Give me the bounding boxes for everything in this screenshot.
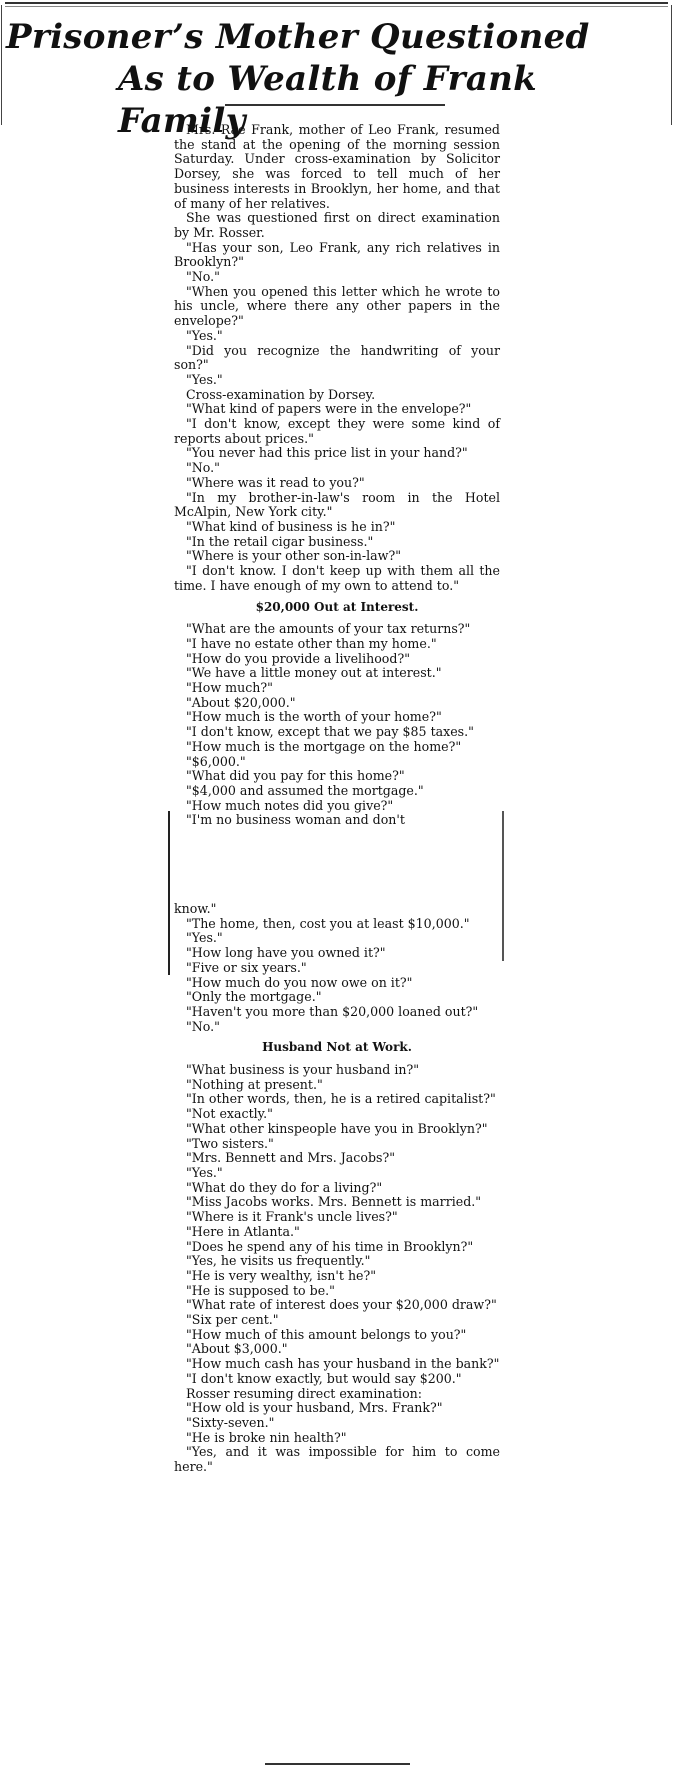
paragraph: "How do you provide a livelihood?"	[174, 652, 500, 667]
article-section-4: "What business is your husband in?""Noth…	[174, 1063, 500, 1475]
paragraph: "Where is your other son-in-law?"	[174, 549, 500, 564]
paragraph: "Miss Jacobs works. Mrs. Bennett is marr…	[174, 1195, 500, 1210]
paragraph: "No."	[174, 270, 500, 285]
paragraph: Cross-examination by Dorsey.	[174, 388, 500, 403]
paste-up-bracket-right	[502, 811, 504, 961]
paragraph: "In the retail cigar business."	[174, 535, 500, 550]
paragraph: "Mrs. Bennett and Mrs. Jacobs?"	[174, 1151, 500, 1166]
headline-divider	[225, 104, 445, 106]
article-section-2: "What are the amounts of your tax return…	[174, 622, 500, 828]
paragraph: "How much notes did you give?"	[174, 799, 500, 814]
paragraph: "What other kinspeople have you in Brook…	[174, 1122, 500, 1137]
paragraph: "Sixty-seven."	[174, 1416, 500, 1431]
paragraph: "What business is your husband in?"	[174, 1063, 500, 1078]
paragraph: "You never had this price list in your h…	[174, 446, 500, 461]
paragraph: "Has your son, Leo Frank, any rich relat…	[174, 241, 500, 270]
paste-up-bracket-left	[168, 811, 170, 975]
paragraph: "How much do you now owe on it?"	[174, 976, 500, 991]
paragraph: "$4,000 and assumed the mortgage."	[174, 784, 500, 799]
paragraph: "Where is it Frank's uncle lives?"	[174, 1210, 500, 1225]
paragraph: "I have no estate other than my home."	[174, 637, 500, 652]
paragraph: "Did you recognize the handwriting of yo…	[174, 344, 500, 373]
paragraph: "Yes."	[174, 373, 500, 388]
paragraph: "In my brother-in-law's room in the Hote…	[174, 491, 500, 520]
paragraph: "Six per cent."	[174, 1313, 500, 1328]
paragraph: "What do they do for a living?"	[174, 1181, 500, 1196]
article-section-3: know.""The home, then, cost you at least…	[174, 902, 500, 1034]
paragraph: "No."	[174, 1020, 500, 1035]
paragraph: "Yes, and it was impossible for him to c…	[174, 1445, 500, 1474]
paragraph: "In other words, then, he is a retired c…	[174, 1092, 500, 1107]
paragraph: "How much is the worth of your home?"	[174, 710, 500, 725]
paragraph: "How much cash has your husband in the b…	[174, 1357, 500, 1372]
paragraph: "Yes."	[174, 329, 500, 344]
paragraph: "The home, then, cost you at least $10,0…	[174, 917, 500, 932]
paragraph: "When you opened this letter which he wr…	[174, 285, 500, 329]
right-column-rule	[671, 5, 672, 125]
paragraph: "Two sisters."	[174, 1137, 500, 1152]
paragraph: "I don't know. I don't keep up with them…	[174, 564, 500, 593]
left-column-rule	[1, 5, 2, 125]
paragraph: "How much?"	[174, 681, 500, 696]
paragraph: "We have a little money out at interest.…	[174, 666, 500, 681]
paragraph: She was questioned first on direct exami…	[174, 211, 500, 240]
paragraph: "I'm no business woman and don't	[174, 813, 500, 828]
top-border-rule-thin	[5, 6, 668, 7]
paragraph: "Yes."	[174, 1166, 500, 1181]
paragraph: "Does he spend any of his time in Brookl…	[174, 1240, 500, 1255]
paragraph: "$6,000."	[174, 755, 500, 770]
column-gap	[174, 828, 500, 902]
paragraph: know."	[174, 902, 500, 917]
paragraph: "I don't know, except that we pay $85 ta…	[174, 725, 500, 740]
paragraph: "Not exactly."	[174, 1107, 500, 1122]
subheading-husband: Husband Not at Work.	[174, 1040, 500, 1055]
paragraph: "About $3,000."	[174, 1342, 500, 1357]
paragraph: "He is broke nin health?"	[174, 1431, 500, 1446]
paragraph: "Here in Atlanta."	[174, 1225, 500, 1240]
paragraph: Rosser resuming direct examination:	[174, 1387, 500, 1402]
paragraph: "Yes."	[174, 931, 500, 946]
paragraph: "Nothing at present."	[174, 1078, 500, 1093]
paragraph: "Yes, he visits us frequently."	[174, 1254, 500, 1269]
paragraph: "How old is your husband, Mrs. Frank?"	[174, 1401, 500, 1416]
paragraph: "I don't know, except they were some kin…	[174, 417, 500, 446]
article-body: Mrs. Rae Frank, mother of Leo Frank, res…	[174, 123, 500, 1475]
paragraph: "About $20,000."	[174, 696, 500, 711]
headline-line-1: Prisoner’s Mother Questioned	[6, 16, 668, 58]
paragraph: "What did you pay for this home?"	[174, 769, 500, 784]
paragraph: "Where was it read to you?"	[174, 476, 500, 491]
paragraph: "How much of this amount belongs to you?…	[174, 1328, 500, 1343]
paragraph: "How much is the mortgage on the home?"	[174, 740, 500, 755]
paragraph: Mrs. Rae Frank, mother of Leo Frank, res…	[174, 123, 500, 211]
end-divider	[265, 1763, 410, 1765]
paragraph: "What rate of interest does your $20,000…	[174, 1298, 500, 1313]
top-border-rule	[5, 2, 668, 4]
article-section-1: Mrs. Rae Frank, mother of Leo Frank, res…	[174, 123, 500, 594]
paragraph: "Only the mortgage."	[174, 990, 500, 1005]
paragraph: "How long have you owned it?"	[174, 946, 500, 961]
paragraph: "He is supposed to be."	[174, 1284, 500, 1299]
paragraph: "No."	[174, 461, 500, 476]
paragraph: "What kind of business is he in?"	[174, 520, 500, 535]
paragraph: "What are the amounts of your tax return…	[174, 622, 500, 637]
paragraph: "I don't know exactly, but would say $20…	[174, 1372, 500, 1387]
paragraph: "He is very wealthy, isn't he?"	[174, 1269, 500, 1284]
paragraph: "Haven't you more than $20,000 loaned ou…	[174, 1005, 500, 1020]
paragraph: "What kind of papers were in the envelop…	[174, 402, 500, 417]
subheading-interest: $20,000 Out at Interest.	[174, 600, 500, 615]
paragraph: "Five or six years."	[174, 961, 500, 976]
